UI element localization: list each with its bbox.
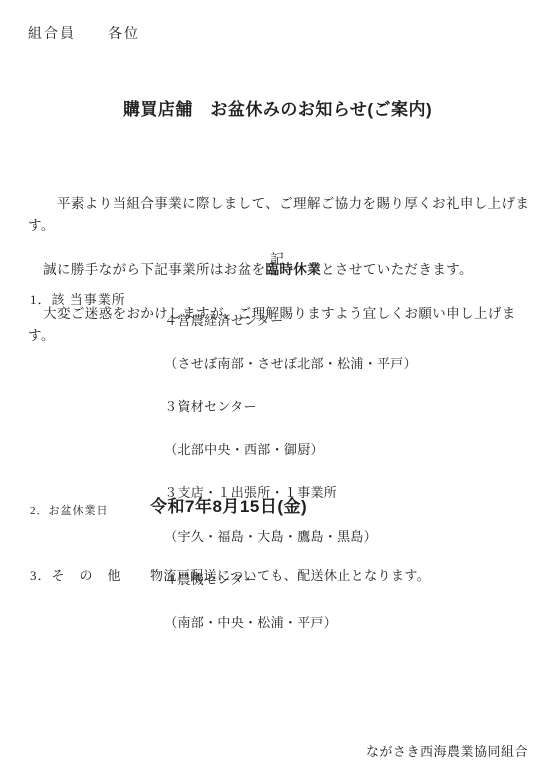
notice-document: 組合員 各位 購買店舗 お盆休みのお知らせ(ご案内) 平素より当組合事業に際しま…	[0, 0, 555, 770]
holiday-date: 令和7年8月15日(金)	[150, 492, 307, 517]
office-list-item: （宇久・福島・大島・鷹島・黒島）	[164, 529, 377, 544]
document-title: 購買店舗 お盆休みのお知らせ(ご案内)	[0, 95, 555, 120]
office-list-item: ３資材センター	[164, 399, 257, 414]
section-1-office-list: ４営農経済センター （させぼ南部・させぼ北部・松浦・平戸） ３資材センター （北…	[150, 288, 417, 655]
section-3-note: 物流戸配送についても、配送休止となります。	[150, 565, 430, 584]
office-list-item: （北部中央・西部・御厨）	[164, 442, 324, 457]
section-2-label: 2．お盆休業日	[30, 502, 109, 518]
organization-name: ながさき西海農業協同組合	[366, 741, 528, 760]
section-1-label: 1．該 当事業所	[30, 289, 126, 308]
section-3-label: 3．そ の 他	[30, 565, 122, 584]
recipient-line: 組合員 各位	[28, 23, 140, 43]
office-list-item: （させぼ南部・させぼ北部・松浦・平戸）	[164, 356, 417, 371]
office-list-item: （南部・中央・松浦・平戸）	[164, 615, 337, 630]
greeting-line-1: 平素より当組合事業に際しまして、ご理解ご協力を賜り厚くお礼申し上げます。	[28, 196, 529, 233]
office-list-item: ４営農経済センター	[164, 313, 283, 328]
record-marker: 記	[0, 249, 555, 269]
